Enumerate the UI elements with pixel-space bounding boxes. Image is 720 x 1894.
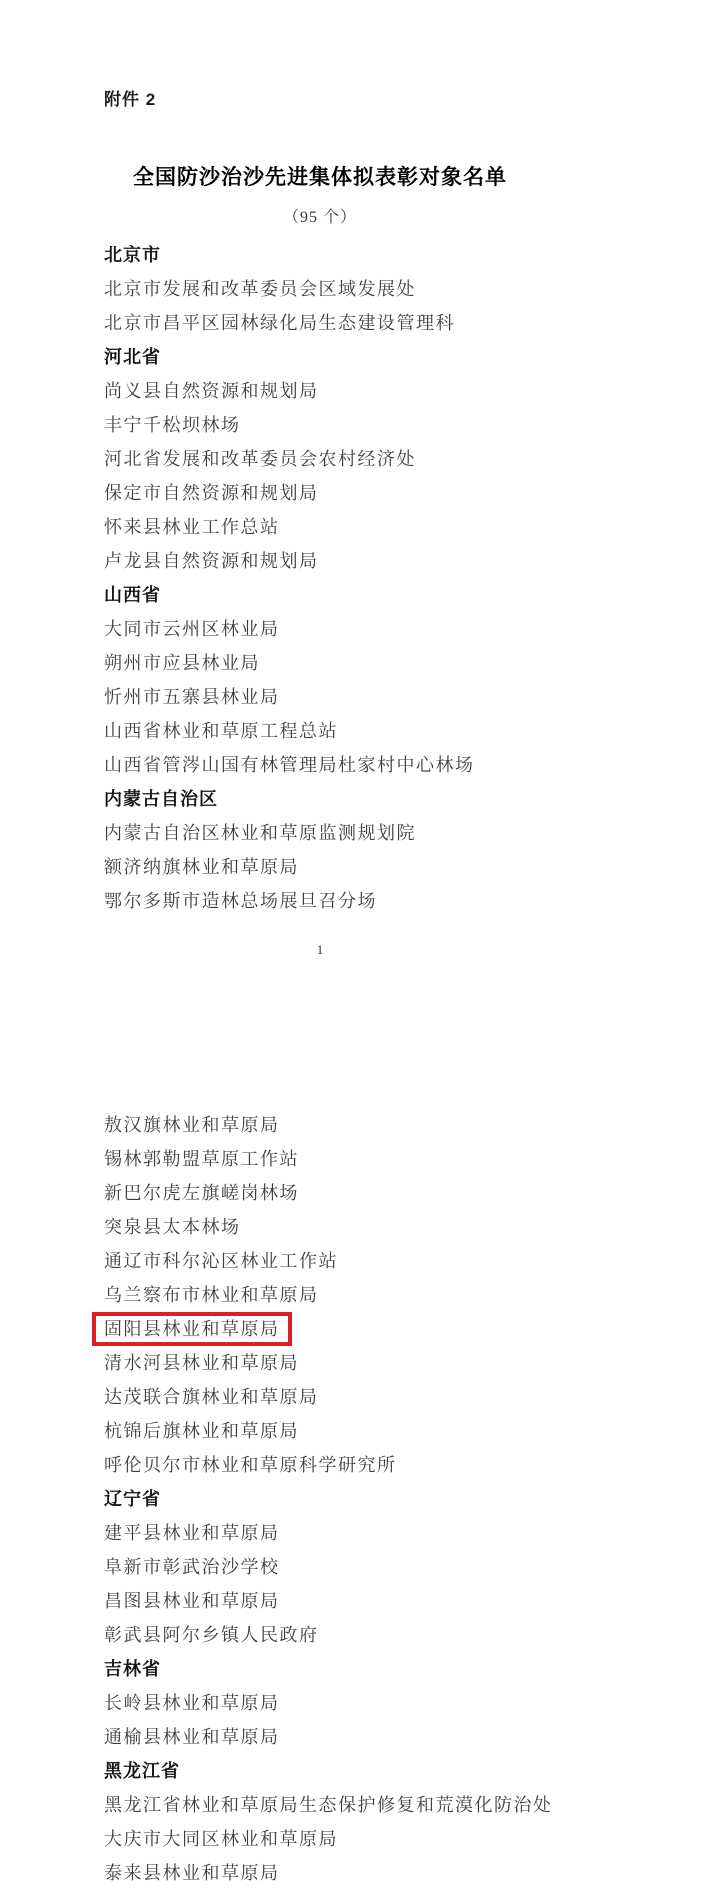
org-list-item: 尚义县自然资源和规划局: [104, 374, 319, 408]
document-canvas: 附件 2 全国防沙治沙先进集体拟表彰对象名单 （95 个） 北京市北京市发展和改…: [0, 0, 720, 1894]
org-list-item: 呼伦贝尔市林业和草原科学研究所: [104, 1448, 397, 1482]
province-header: 吉林省: [104, 1652, 161, 1686]
org-list-item: 建平县林业和草原局: [104, 1516, 280, 1550]
org-list-item: 清水河县林业和草原局: [104, 1346, 299, 1380]
page-number: 1: [0, 940, 640, 960]
province-header: 山西省: [104, 578, 161, 612]
org-list-item: 杭锦后旗林业和草原局: [104, 1414, 299, 1448]
province-header: 内蒙古自治区: [104, 782, 218, 816]
org-list-item: 通榆县林业和草原局: [104, 1720, 280, 1754]
org-list-item: 保定市自然资源和规划局: [104, 476, 319, 510]
org-list-item: 山西省林业和草原工程总站: [104, 714, 338, 748]
org-list-item: 卢龙县自然资源和规划局: [104, 544, 319, 578]
org-list-item: 乌兰察布市林业和草原局: [104, 1278, 319, 1312]
org-list-item: 泰来县林业和草原局: [104, 1856, 280, 1890]
org-list-item: 达茂联合旗林业和草原局: [104, 1380, 319, 1414]
org-list-item: 鄂尔多斯市造林总场展旦召分场: [104, 884, 377, 918]
org-list-item: 朔州市应县林业局: [104, 646, 260, 680]
org-list-item: 彰武县阿尔乡镇人民政府: [104, 1618, 319, 1652]
attachment-label: 附件 2: [104, 83, 156, 117]
highlight-box: 固阳县林业和草原局: [92, 1312, 292, 1346]
org-list-item: 大庆市大同区林业和草原局: [104, 1822, 338, 1856]
province-header: 河北省: [104, 340, 161, 374]
org-list-item: 河北省发展和改革委员会农村经济处: [104, 442, 416, 476]
org-list-item: 昌图县林业和草原局: [104, 1584, 280, 1618]
org-list-item: 新巴尔虎左旗嵯岗林场: [104, 1176, 299, 1210]
org-list-item: 阜新市彰武治沙学校: [104, 1550, 280, 1584]
org-list-item: 大同市云州区林业局: [104, 612, 280, 646]
org-list-item: 山西省管涔山国有林管理局杜家村中心林场: [104, 748, 475, 782]
org-list-item: 额济纳旗林业和草原局: [104, 850, 299, 884]
org-list-item: 黑龙江省林业和草原局生态保护修复和荒漠化防治处: [104, 1788, 553, 1822]
province-header: 黑龙江省: [104, 1754, 180, 1788]
count-note: （95 个）: [0, 203, 640, 233]
org-list-item: 怀来县林业工作总站: [104, 510, 280, 544]
org-list-item-highlighted: 固阳县林业和草原局: [104, 1312, 292, 1346]
org-list-item: 锡林郭勒盟草原工作站: [104, 1142, 299, 1176]
org-list-item: 长岭县林业和草原局: [104, 1686, 280, 1720]
org-list-item: 敖汉旗林业和草原局: [104, 1108, 280, 1142]
province-header: 辽宁省: [104, 1482, 161, 1516]
org-list-item: 忻州市五寨县林业局: [104, 680, 280, 714]
org-list-item: 内蒙古自治区林业和草原监测规划院: [104, 816, 416, 850]
province-header: 北京市: [104, 238, 161, 272]
org-list-item: 突泉县太本林场: [104, 1210, 241, 1244]
page-title: 全国防沙治沙先进集体拟表彰对象名单: [0, 161, 640, 195]
org-list-item: 北京市昌平区园林绿化局生态建设管理科: [104, 306, 455, 340]
org-list-item: 通辽市科尔沁区林业工作站: [104, 1244, 338, 1278]
org-list-item: 丰宁千松坝林场: [104, 408, 241, 442]
org-list-item: 北京市发展和改革委员会区域发展处: [104, 272, 416, 306]
